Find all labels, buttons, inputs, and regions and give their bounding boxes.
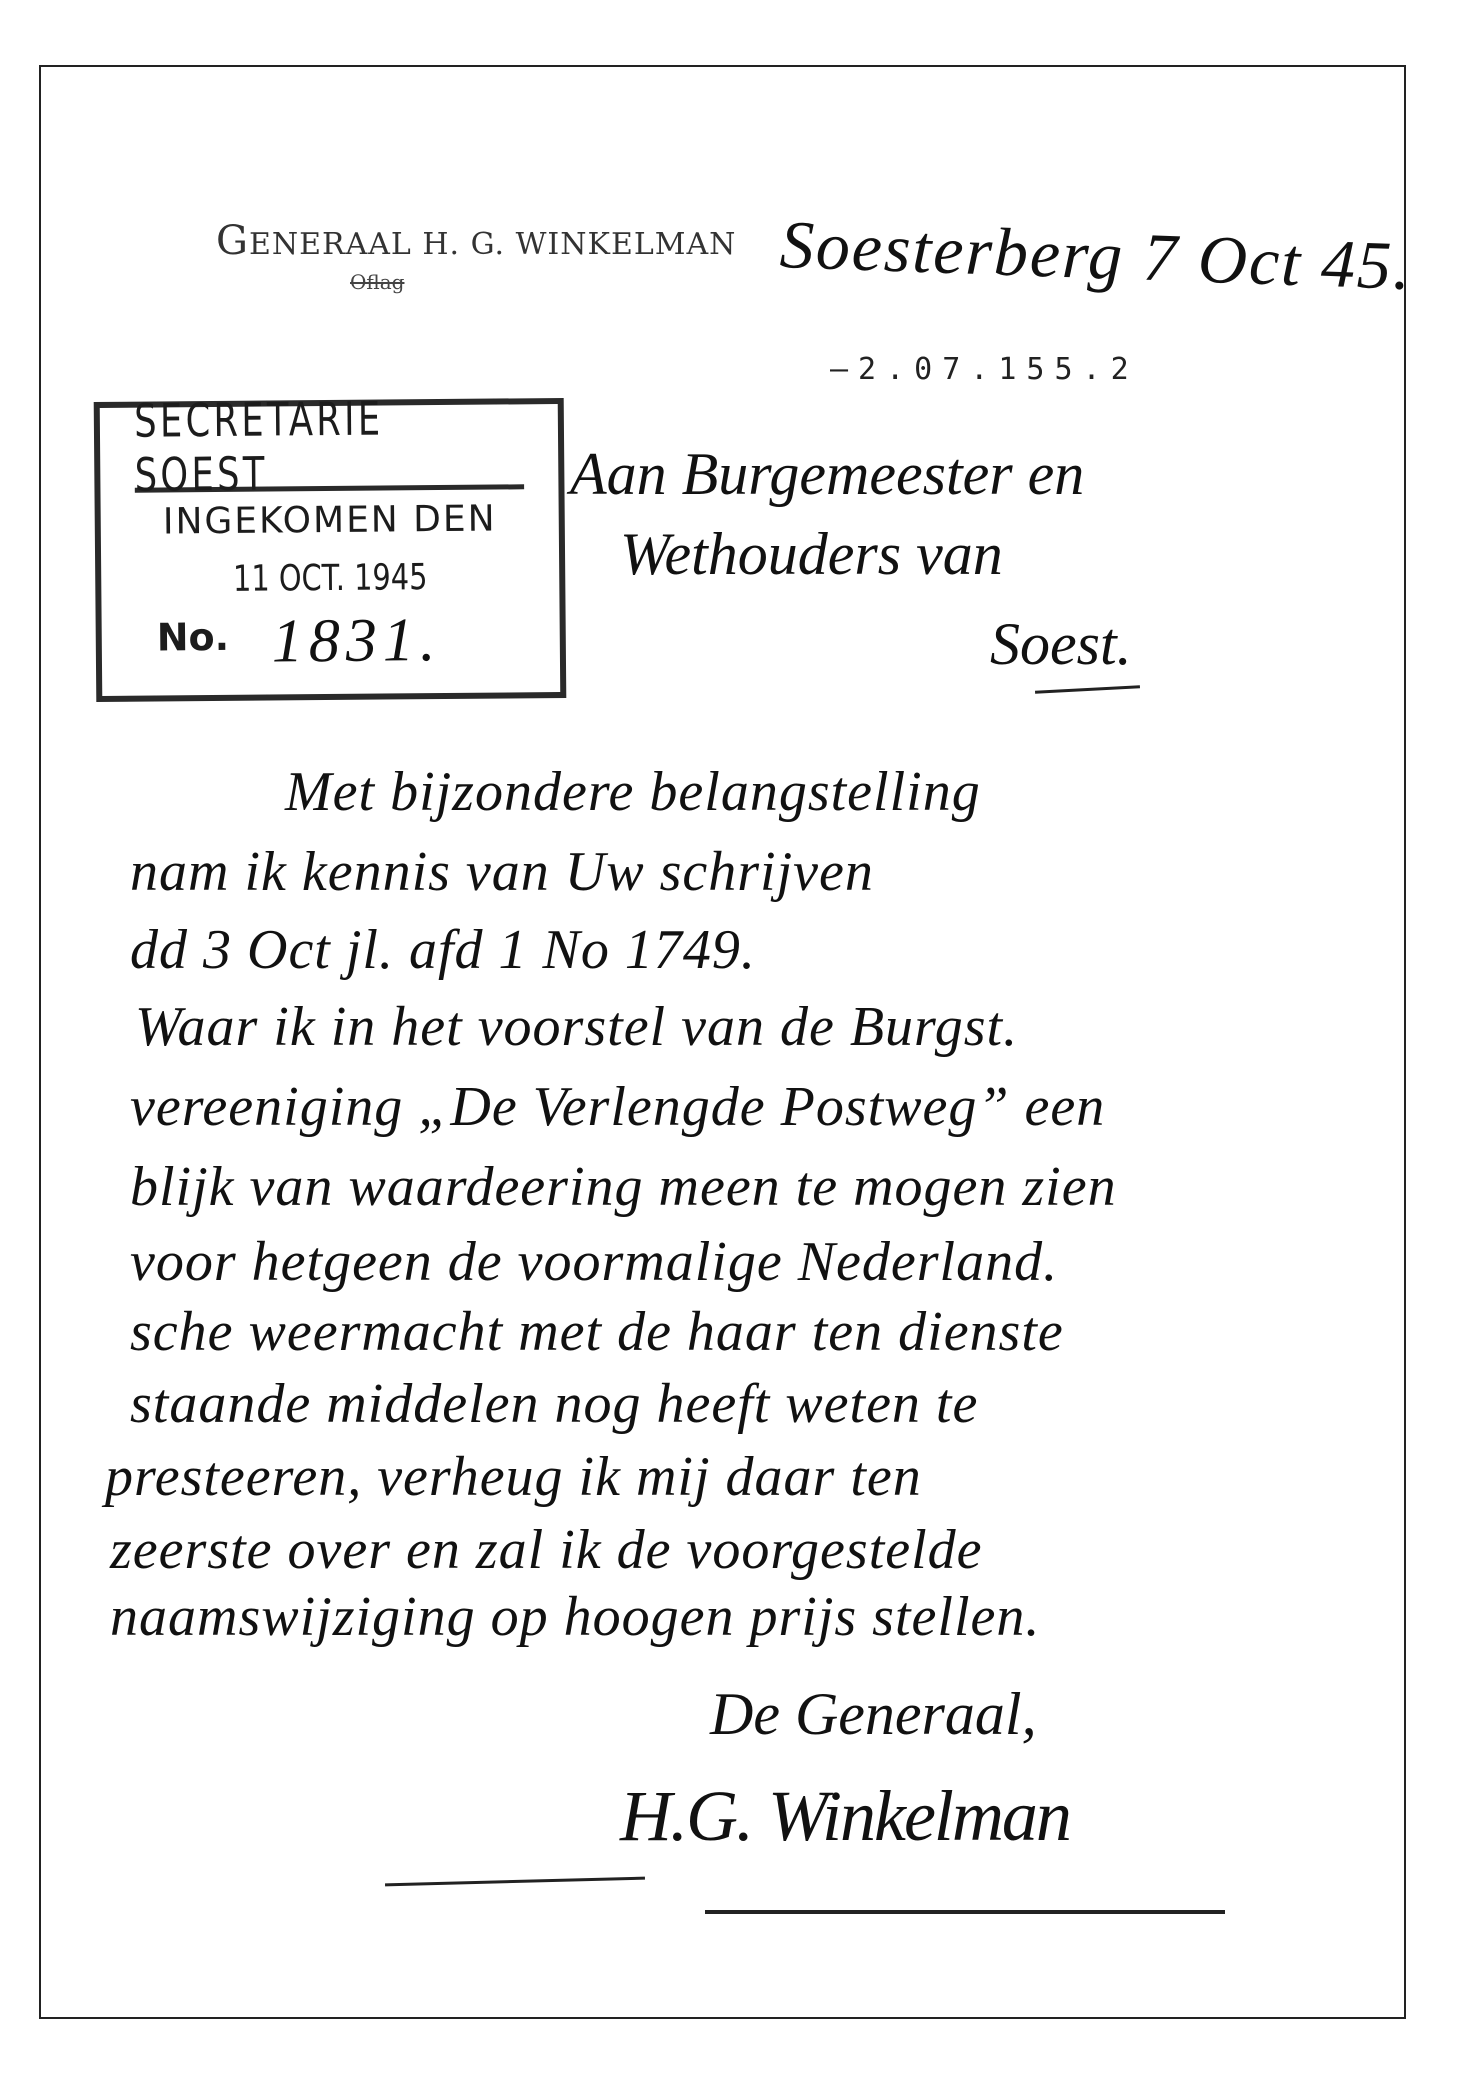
stamp-label: INGEKOMEN DEN <box>101 498 559 543</box>
body-line: sche weermacht met de haar ten dienste <box>130 1300 1064 1364</box>
letterhead-title: GENERAAL H. G. WINKELMAN <box>216 218 736 264</box>
body-line: Waar ik in het voorstel van de Burgst. <box>135 995 1018 1059</box>
reference-number: –2.07.155.2 <box>830 352 1139 387</box>
body-line: Met bijzondere belangstelling <box>285 760 981 824</box>
addressee-line: Soest. <box>990 610 1132 679</box>
body-line: nam ik kennis van Uw schrijven <box>130 840 874 904</box>
body-line: dd 3 Oct jl. afd 1 No 1749. <box>130 918 756 982</box>
body-line: presteeren, verheug ik mij daar ten <box>105 1445 922 1509</box>
signature-underline <box>705 1910 1225 1914</box>
body-line: blijk van waardeering meen te mogen zien <box>130 1155 1117 1219</box>
letterhead-struck-subline: Oflag <box>350 270 404 294</box>
stamp-header: SECRETARIE SOEST <box>134 404 524 492</box>
addressee-line: Aan Burgemeester en <box>570 440 1084 509</box>
body-line: vereeniging „De Verlengde Postweg” een <box>130 1075 1105 1139</box>
body-line: naamswijziging op hoogen prijs stellen. <box>110 1585 1040 1649</box>
received-stamp: SECRETARIE SOEST INGEKOMEN DEN 11 OCT. 1… <box>94 398 567 702</box>
body-line: staande middelen nog heeft weten te <box>130 1372 978 1436</box>
body-line: zeerste over en zal ik de voorgestelde <box>110 1518 983 1582</box>
closing: De Generaal, <box>710 1680 1037 1749</box>
signature: H.G. Winkelman <box>620 1775 1070 1858</box>
stamp-number-value: 1831. <box>271 605 441 677</box>
body-line: voor hetgeen de voormalige Nederland. <box>130 1230 1058 1294</box>
stamp-number-label: No. <box>157 615 230 660</box>
stamp-date: 11 OCT. 1945 <box>147 556 514 600</box>
addressee-line: Wethouders van <box>620 520 1003 589</box>
